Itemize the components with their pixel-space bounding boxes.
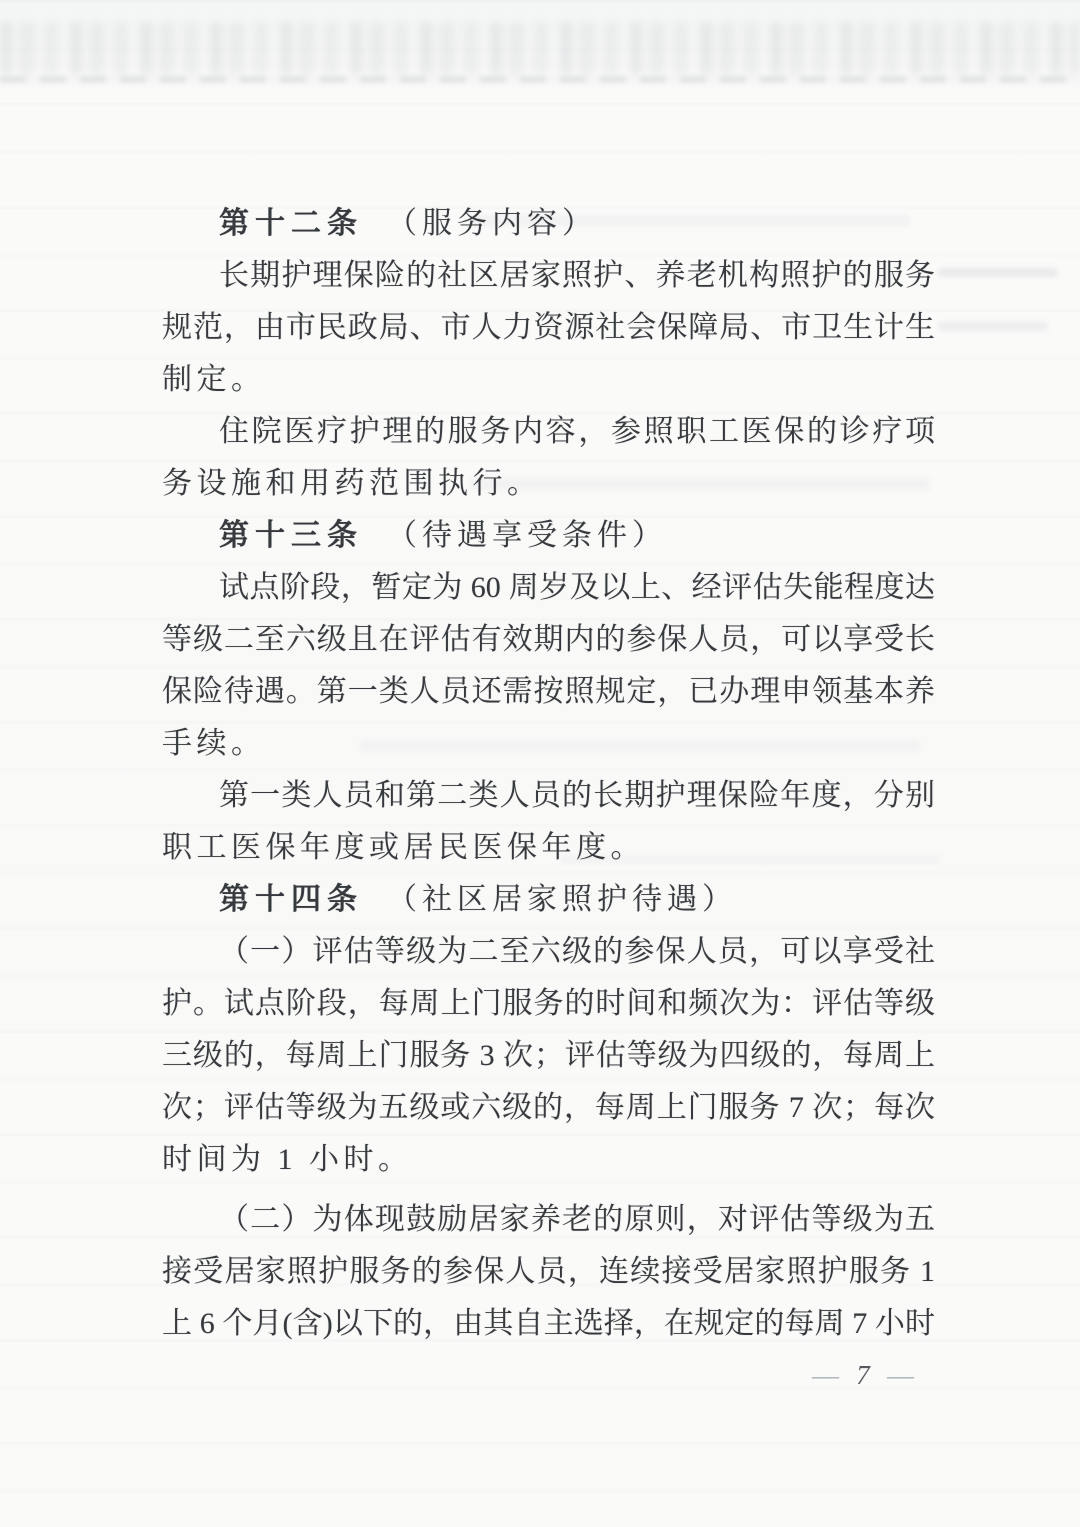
page-number-dash-right: — [887, 1352, 914, 1398]
text-line: 保险待遇。第一类人员还需按照规定，已办理申领基本养老金 [162, 666, 935, 718]
article-number: 第十四条 [219, 883, 363, 916]
text-line: （二）为体现鼓励居家养老的原则，对评估等级为五级或六级 [162, 1194, 935, 1246]
document-body: 第十二条（服务内容） 长期护理保险的社区居家照护、养老机构照护的服务内容及 规范… [162, 198, 935, 1350]
bleed-through-artifact [0, 22, 1080, 74]
text-line: 规范，由市民政局、市人力资源社会保障局、市卫生计生委另行 [162, 302, 935, 354]
text-line: 时间为 1 小时。 [162, 1134, 935, 1186]
text-line: 手续。 [162, 718, 935, 770]
text-line: 长期护理保险的社区居家照护、养老机构照护的服务内容及 [162, 250, 935, 302]
page-number-dash-left: — [812, 1352, 839, 1398]
text-line: 上 6 个月(含)以下的，由其自主选择，在规定的每周 7 小时服务时 [162, 1298, 935, 1350]
text-line: 职工医保年度或居民医保年度。 [162, 822, 935, 874]
page-number-value: 7 [856, 1352, 870, 1398]
scanned-page: 第十二条（服务内容） 长期护理保险的社区居家照护、养老机构照护的服务内容及 规范… [0, 0, 1080, 1527]
article-number: 第十三条 [219, 519, 363, 552]
article-number: 第十二条 [219, 207, 363, 240]
page-number: — 7 — [812, 1352, 914, 1398]
article-13-heading: 第十三条（待遇享受条件） [162, 510, 935, 562]
text-line: 接受居家照护服务的参保人员，连续接受居家照护服务 1 个月以 [162, 1246, 935, 1298]
text-line: （一）评估等级为二至六级的参保人员，可以享受社区居家照 [162, 926, 935, 978]
article-subject: （待遇享受条件） [387, 519, 667, 552]
text-line: 试点阶段，暂定为 60 周岁及以上、经评估失能程度达到评估 [162, 562, 935, 614]
text-line: 次；评估等级为五级或六级的，每周上门服务 7 次；每次上门服务 [162, 1082, 935, 1134]
article-subject: （社区居家照护待遇） [387, 883, 737, 916]
scan-artifact [938, 268, 1058, 277]
text-line: 制定。 [162, 354, 935, 406]
article-14-heading: 第十四条（社区居家照护待遇） [162, 874, 935, 926]
text-line: 务设施和用药范围执行。 [162, 458, 935, 510]
article-12-heading: 第十二条（服务内容） [162, 198, 935, 250]
text-line: 等级二至六级且在评估有效期内的参保人员，可以享受长期护理 [162, 614, 935, 666]
scan-artifact [938, 322, 1048, 331]
text-line: 护。试点阶段，每周上门服务的时间和频次为：评估等级为二级或 [162, 978, 935, 1030]
article-subject: （服务内容） [387, 207, 597, 240]
text-line: 三级的，每周上门服务 3 次；评估等级为四级的，每周上门服务 5 [162, 1030, 935, 1082]
text-line: 第一类人员和第二类人员的长期护理保险年度，分别跟从其 [162, 770, 935, 822]
text-line: 住院医疗护理的服务内容，参照职工医保的诊疗项目、医疗服 [162, 406, 935, 458]
bleed-through-line-artifact [0, 76, 1080, 83]
